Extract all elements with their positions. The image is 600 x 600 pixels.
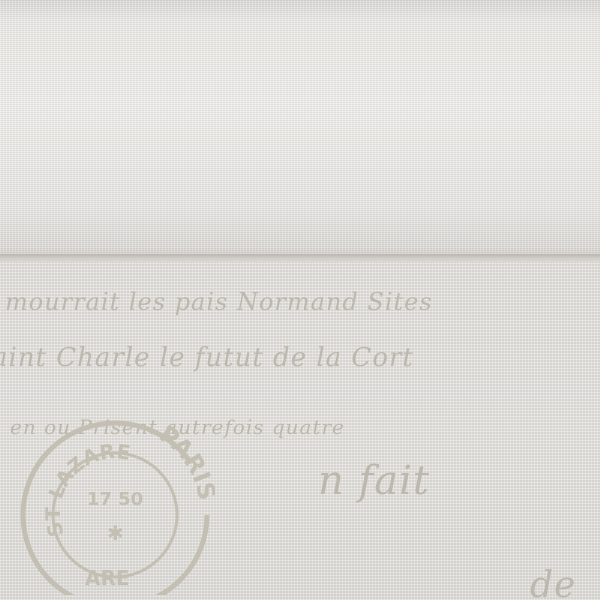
paris-postmark-stamp: PARIS ST LAZARE 17 50 ✱ ARE [15,420,215,595]
stamp-date: 17 50 [87,489,143,510]
script-line-5: de [530,565,576,600]
stamp-star-icon: ✱ [107,521,124,545]
rolled-fabric [0,0,600,258]
stamp-outer-text: PARIS [154,420,215,503]
script-line-4: n fait [318,458,430,504]
stamp-bottom-text: ARE [85,566,130,590]
script-line-1: mourrait les pais Normand Sites [5,288,433,316]
script-line-2: aint Charle le futut de la Cort [0,343,414,373]
